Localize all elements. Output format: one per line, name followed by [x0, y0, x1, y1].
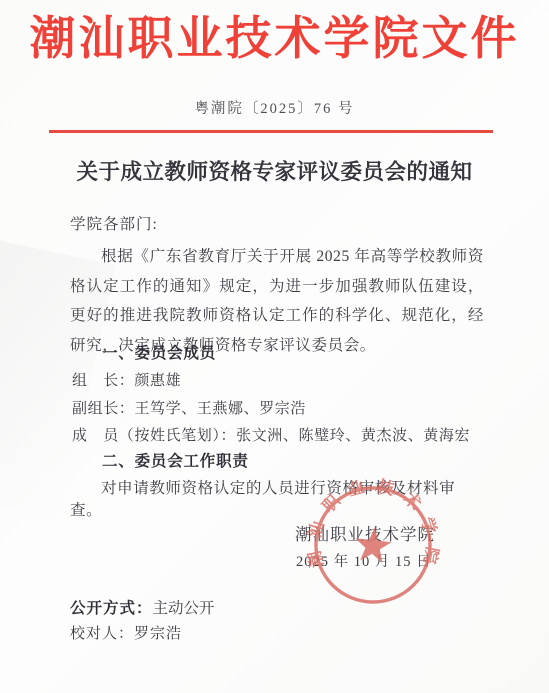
red-divider-rule — [49, 130, 493, 133]
document-number: 粤潮院〔2025〕76 号 — [0, 97, 549, 118]
salutation-line: 学院各部门: — [70, 212, 158, 234]
masthead-title: 潮汕职业技术学院文件 — [0, 11, 549, 67]
publicity-method-value: 主动公开 — [153, 600, 215, 617]
proofreader-label: 校对人： — [70, 626, 134, 642]
publicity-method-label: 公开方式： — [70, 600, 153, 617]
section-2-heading: 二、委员会工作职责 — [102, 449, 249, 471]
document-title: 关于成立教师资格专家评议委员会的通知 — [0, 155, 549, 186]
member-role-label: 副组长： — [72, 401, 134, 417]
section-2-body: 对申请教师资格认定的人员进行资格审核及材料审查。 — [70, 476, 484, 520]
member-names: 颜惠雄 — [134, 373, 181, 389]
member-names: 王笃学、王燕娜、罗宗浩 — [134, 401, 306, 417]
scanned-official-document: 潮汕职业技术学院文件 粤潮院〔2025〕76 号 关于成立教师资格专家评议委员会… — [0, 0, 549, 693]
signature-organization: 潮汕职业技术学院 — [295, 521, 475, 545]
proofreader-value: 罗宗浩 — [134, 626, 182, 642]
publicity-method-line: 公开方式：主动公开 — [70, 596, 215, 618]
signature-date: 2025 年 10 月 15 日 — [296, 550, 476, 571]
member-row-leader: 组 长：颜惠雄 — [72, 369, 181, 390]
proofreader-line: 校对人：罗宗浩 — [70, 622, 182, 643]
section-1-heading: 一、委员会成员 — [102, 341, 216, 363]
member-role-label: 组 长： — [72, 373, 134, 389]
member-names: 张文洲、陈璧玲、黄杰波、黄海宏 — [236, 428, 470, 444]
member-row-members: 成 员（按姓氏笔划）：张文洲、陈璧玲、黄杰波、黄海宏 — [72, 424, 470, 445]
member-role-label: 成 员（按姓氏笔划）： — [72, 428, 236, 444]
member-row-deputy: 副组长：王笃学、王燕娜、罗宗浩 — [72, 397, 306, 418]
